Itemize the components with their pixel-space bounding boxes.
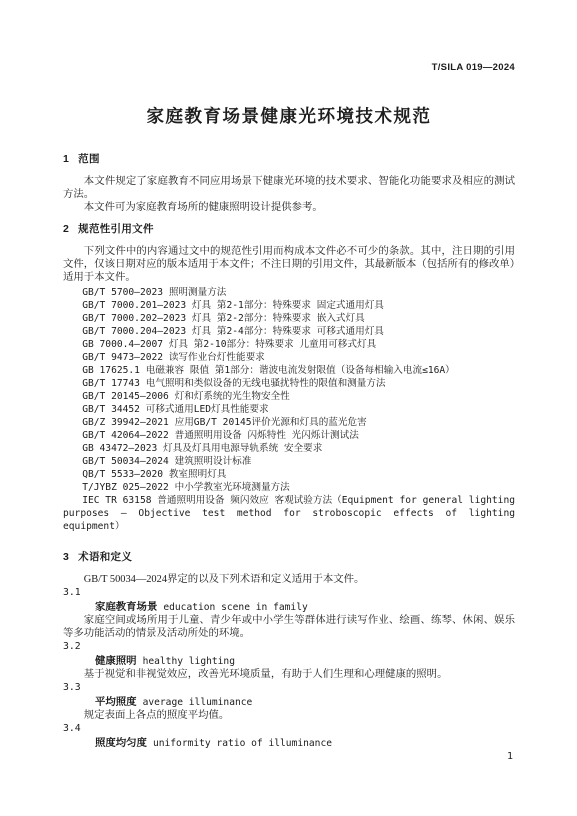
reference-item: GB 17625.1 电磁兼容 限值 第1部分：谐波电流发射限值（设备每相输入电… bbox=[63, 364, 515, 377]
reference-item: GB/T 50034—2024 建筑照明设计标准 bbox=[63, 455, 515, 468]
section-3-number: 3 bbox=[63, 551, 69, 564]
reference-item: QB/T 5533—2020 教室照明灯具 bbox=[63, 468, 515, 481]
term-name-english: healthy lighting bbox=[143, 656, 235, 667]
reference-item: GB/T 9473—2022 读写作业台灯性能要求 bbox=[63, 351, 515, 364]
section-1-number: 1 bbox=[63, 153, 69, 166]
term-name: 健康照明healthy lighting bbox=[63, 653, 515, 668]
term-name-english: education scene in family bbox=[163, 602, 307, 613]
reference-item: GB/T 7000.201—2023 灯具 第2-1部分：特殊要求 固定式通用灯… bbox=[63, 299, 515, 312]
document-page: T/SILA 019—2024 家庭教育场景健康光环境技术规范 1范围 本文件规… bbox=[0, 0, 577, 816]
term-name: 照度均匀度uniformity ratio of illuminance bbox=[63, 735, 515, 750]
term-entry: 3.4照度均匀度uniformity ratio of illuminance bbox=[63, 722, 515, 750]
reference-item: T/JYBZ 025—2022 中小学教室光环境测量方法 bbox=[63, 481, 515, 494]
section-normative-references: 2规范性引用文件 下列文件中的内容通过文中的规范性引用而构成本文件必不可少的条款… bbox=[63, 223, 515, 533]
term-name-chinese: 健康照明 bbox=[95, 656, 137, 667]
reference-item: GB/T 42064—2022 普通照明用设备 闪烁特性 光闪烁计测试法 bbox=[63, 429, 515, 442]
section-3-title: 术语和定义 bbox=[78, 551, 132, 563]
section-1-heading: 1范围 bbox=[63, 153, 515, 166]
section-2-number: 2 bbox=[63, 223, 69, 236]
term-number: 3.2 bbox=[63, 640, 515, 653]
term-name-english: average illuminance bbox=[143, 697, 253, 708]
page-number: 1 bbox=[507, 751, 513, 763]
term-definition: 规定表面上各点的照度平均值。 bbox=[63, 709, 515, 722]
term-name-chinese: 平均照度 bbox=[95, 697, 137, 708]
term-number: 3.3 bbox=[63, 681, 515, 694]
term-name-chinese: 照度均匀度 bbox=[95, 738, 147, 749]
reference-item: GB/Z 39942—2021 应用GB/T 20145评价光源和灯具的蓝光危害 bbox=[63, 416, 515, 429]
scope-paragraph-1: 本文件规定了家庭教育不同应用场景下健康光环境的技术要求、智能化功能要求及相应的测… bbox=[63, 175, 515, 201]
terms-intro: GB/T 50034—2024界定的以及下列术语和定义适用于本文件。 bbox=[63, 573, 515, 586]
section-2-heading: 2规范性引用文件 bbox=[63, 223, 515, 236]
references-intro: 下列文件中的内容通过文中的规范性引用而构成本文件必不可少的条款。其中，注日期的引… bbox=[63, 245, 515, 284]
term-entry: 3.3平均照度average illuminance规定表面上各点的照度平均值。 bbox=[63, 681, 515, 722]
term-number: 3.1 bbox=[63, 586, 515, 599]
section-terms-definitions: 3术语和定义 GB/T 50034—2024界定的以及下列术语和定义适用于本文件… bbox=[63, 551, 515, 750]
section-3-heading: 3术语和定义 bbox=[63, 551, 515, 564]
reference-item: IEC TR 63158 普通照明用设备 频闪效应 客观试验方法（Equipme… bbox=[63, 494, 515, 533]
doc-number: T/SILA 019—2024 bbox=[63, 62, 515, 74]
reference-item: GB/T 17743 电气照明和类似设备的无线电骚扰特性的限值和测量方法 bbox=[63, 377, 515, 390]
section-scope: 1范围 本文件规定了家庭教育不同应用场景下健康光环境的技术要求、智能化功能要求及… bbox=[63, 153, 515, 214]
term-name: 平均照度average illuminance bbox=[63, 694, 515, 709]
section-1-title: 范围 bbox=[78, 153, 100, 165]
references-list: GB/T 5700—2023 照明测量方法GB/T 7000.201—2023 … bbox=[63, 286, 515, 533]
term-entry: 3.1家庭教育场景education scene in family家庭空间或场… bbox=[63, 586, 515, 640]
scope-paragraph-2: 本文件可为家庭教育场所的健康照明设计提供参考。 bbox=[63, 201, 515, 214]
term-name-chinese: 家庭教育场景 bbox=[95, 602, 157, 613]
reference-item: GB/T 20145—2006 灯和灯系统的光生物安全性 bbox=[63, 390, 515, 403]
term-number: 3.4 bbox=[63, 722, 515, 735]
terms-list: 3.1家庭教育场景education scene in family家庭空间或场… bbox=[63, 586, 515, 750]
reference-item: GB/T 7000.204—2023 灯具 第2-4部分：特殊要求 可移式通用灯… bbox=[63, 325, 515, 338]
reference-item: GB/T 7000.202—2023 灯具 第2-2部分：特殊要求 嵌入式灯具 bbox=[63, 312, 515, 325]
section-2-title: 规范性引用文件 bbox=[78, 223, 154, 235]
reference-item: GB 7000.4—2007 灯具 第2-10部分：特殊要求 儿童用可移式灯具 bbox=[63, 338, 515, 351]
term-entry: 3.2健康照明healthy lighting基于视觉和非视觉效应，改善光环境质… bbox=[63, 640, 515, 681]
reference-item: GB/T 5700—2023 照明测量方法 bbox=[63, 286, 515, 299]
reference-item: GB/T 34452 可移式通用LED灯具性能要求 bbox=[63, 403, 515, 416]
term-name-english: uniformity ratio of illuminance bbox=[153, 738, 332, 749]
reference-item: GB 43472—2023 灯具及灯具用电源导轨系统 安全要求 bbox=[63, 442, 515, 455]
term-name: 家庭教育场景education scene in family bbox=[63, 599, 515, 614]
term-definition: 家庭空间或场所用于儿童、青少年或中小学生等群体进行读写作业、绘画、练琴、休闲、娱… bbox=[63, 614, 515, 640]
doc-title: 家庭教育场景健康光环境技术规范 bbox=[63, 104, 515, 128]
term-definition: 基于视觉和非视觉效应，改善光环境质量，有助于人们生理和心理健康的照明。 bbox=[63, 668, 515, 681]
